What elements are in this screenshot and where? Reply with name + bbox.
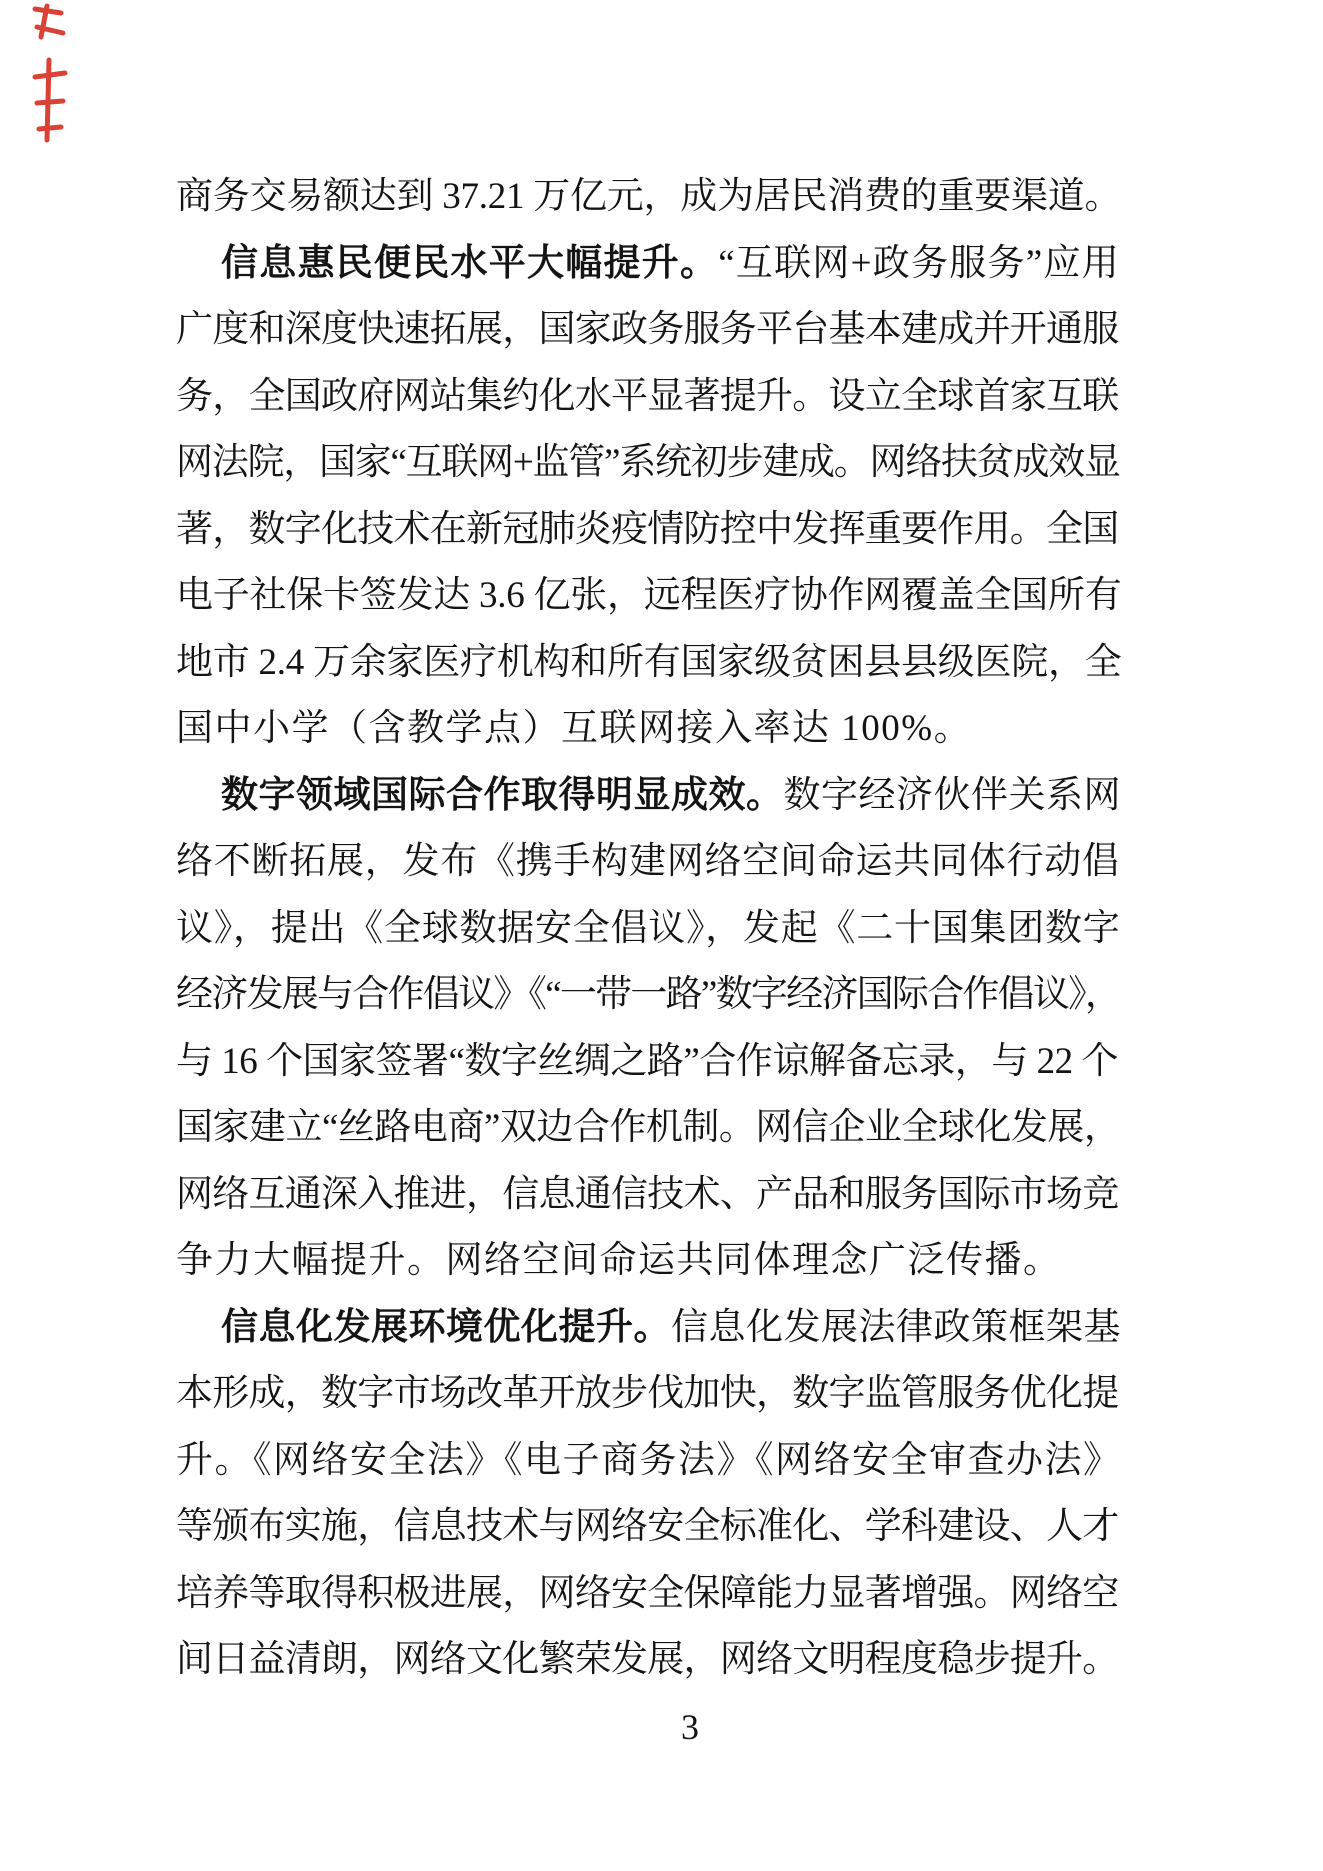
text-line: 等颁布实施，信息技术与网络安全标准化、学科建设、人才 <box>176 1494 1121 1561</box>
text-line: 商务交易额达到 37.21 万亿元，成为居民消费的重要渠道。 <box>176 164 1121 231</box>
document-body: 商务交易额达到 37.21 万亿元，成为居民消费的重要渠道。信息惠民便民水平大幅… <box>176 164 1121 1694</box>
page-number: 3 <box>600 1698 780 1756</box>
text-line: 网法院，国家“互联网+监管”系统初步建成。网络扶贫成效显 <box>176 430 1121 497</box>
text-line: 间日益清朗，网络文化繁荣发展，网络文明程度稳步提升。 <box>176 1627 1121 1694</box>
paragraph-text: 与 16 个国家签署“数字丝绸之路”合作谅解备忘录，与 22 个 <box>176 1041 1118 1082</box>
paragraph-text: 间日益清朗，网络文化繁荣发展，网络文明程度稳步提升。 <box>176 1639 1119 1680</box>
paragraph-text: 地市 2.4 万余家医疗机构和所有国家级贫困县县级医院，全 <box>176 642 1121 683</box>
paragraph-text: 著，数字化技术在新冠肺炎疫情防控中发挥重要作用。全国 <box>176 509 1119 550</box>
paragraph-text: 等颁布实施，信息技术与网络安全标准化、学科建设、人才 <box>176 1506 1119 1547</box>
text-line: 数字领域国际合作取得明显成效。数字经济伙伴关系网 <box>176 763 1121 830</box>
text-line: 广度和深度快速拓展，国家政务服务平台基本建成并开通服 <box>176 297 1121 364</box>
red-stamp-fragment-icon <box>26 2 78 154</box>
paragraph-text: 议》，提出《全球数据安全倡议》，发起《二十国集团数字 <box>176 908 1121 949</box>
text-line: 培养等取得积极进展，网络安全保障能力显著增强。网络空 <box>176 1561 1121 1628</box>
paragraph-heading: 数字领域国际合作取得明显成效。 <box>221 775 784 816</box>
paragraph-text: 培养等取得积极进展，网络安全保障能力显著增强。网络空 <box>176 1573 1119 1614</box>
text-line: 地市 2.4 万余家医疗机构和所有国家级贫困县县级医院，全 <box>176 630 1121 697</box>
red-stroke <box>35 73 65 77</box>
text-line: 信息化发展环境优化提升。信息化发展法律政策框架基 <box>176 1295 1121 1362</box>
paragraph-text: 务，全国政府网站集约化水平显著提升。设立全球首家互联 <box>176 376 1119 417</box>
paragraph-text: 网法院，国家“互联网+监管”系统初步建成。网络扶贫成效显 <box>176 442 1120 483</box>
text-line: 信息惠民便民水平大幅提升。“互联网+政务服务”应用 <box>176 231 1121 298</box>
text-line: 务，全国政府网站集约化水平显著提升。设立全球首家互联 <box>176 364 1121 431</box>
red-stroke <box>37 101 63 103</box>
paragraph-text: “互联网+政务服务”应用 <box>718 243 1120 284</box>
text-line: 议》，提出《全球数据安全倡议》，发起《二十国集团数字 <box>176 896 1121 963</box>
document-page: 商务交易额达到 37.21 万亿元，成为居民消费的重要渠道。信息惠民便民水平大幅… <box>0 0 1323 1871</box>
text-line: 本形成，数字市场改革开放步伐加快，数字监管服务优化提 <box>176 1361 1121 1428</box>
red-stroke <box>39 127 61 129</box>
text-line: 网络互通深入推进，信息通信技术、产品和服务国际市场竞 <box>176 1162 1121 1229</box>
text-line: 著，数字化技术在新冠肺炎疫情防控中发挥重要作用。全国 <box>176 497 1121 564</box>
text-line: 争力大幅提升。网络空间命运共同体理念广泛传播。 <box>176 1228 1121 1295</box>
paragraph-text: 电子社保卡签发达 3.6 亿张，远程医疗协作网覆盖全国所有 <box>176 575 1121 616</box>
paragraph-heading: 信息化发展环境优化提升。 <box>221 1307 671 1348</box>
paragraph-text: 本形成，数字市场改革开放步伐加快，数字监管服务优化提 <box>176 1373 1119 1414</box>
paragraph-text: 数字经济伙伴关系网 <box>784 775 1122 816</box>
text-line: 与 16 个国家签署“数字丝绸之路”合作谅解备忘录，与 22 个 <box>176 1029 1121 1096</box>
paragraph-text: 国中小学（含教学点）互联网接入率达 100%。 <box>176 708 972 749</box>
paragraph-text: 升。《网络安全法》《电子商务法》《网络安全审查办法》 <box>176 1440 1121 1481</box>
text-line: 升。《网络安全法》《电子商务法》《网络安全审查办法》 <box>176 1428 1121 1495</box>
paragraph-heading: 信息惠民便民水平大幅提升。 <box>221 243 718 284</box>
paragraph-text: 争力大幅提升。网络空间命运共同体理念广泛传播。 <box>176 1240 1062 1281</box>
paragraph-text: 络不断拓展，发布《携手构建网络空间命运共同体行动倡 <box>176 841 1120 882</box>
text-line: 络不断拓展，发布《携手构建网络空间命运共同体行动倡 <box>176 829 1121 896</box>
paragraph-text: 信息化发展法律政策框架基 <box>671 1307 1121 1348</box>
text-line: 经济发展与合作倡议》《“一带一路”数字经济国际合作倡议》， <box>176 962 1121 1029</box>
text-line: 国中小学（含教学点）互联网接入率达 100%。 <box>176 696 1121 763</box>
paragraph-text: 网络互通深入推进，信息通信技术、产品和服务国际市场竞 <box>176 1174 1119 1215</box>
paragraph-text: 国家建立“丝路电商”双边合作机制。网信企业全球化发展， <box>176 1107 1120 1148</box>
paragraph-text: 商务交易额达到 37.21 万亿元，成为居民消费的重要渠道。 <box>176 176 1121 217</box>
paragraph-text: 广度和深度快速拓展，国家政务服务平台基本建成并开通服 <box>176 309 1119 350</box>
text-line: 电子社保卡签发达 3.6 亿张，远程医疗协作网覆盖全国所有 <box>176 563 1121 630</box>
paragraph-text: 经济发展与合作倡议》《“一带一路”数字经济国际合作倡议》， <box>176 974 1120 1015</box>
text-line: 国家建立“丝路电商”双边合作机制。网信企业全球化发展， <box>176 1095 1121 1162</box>
